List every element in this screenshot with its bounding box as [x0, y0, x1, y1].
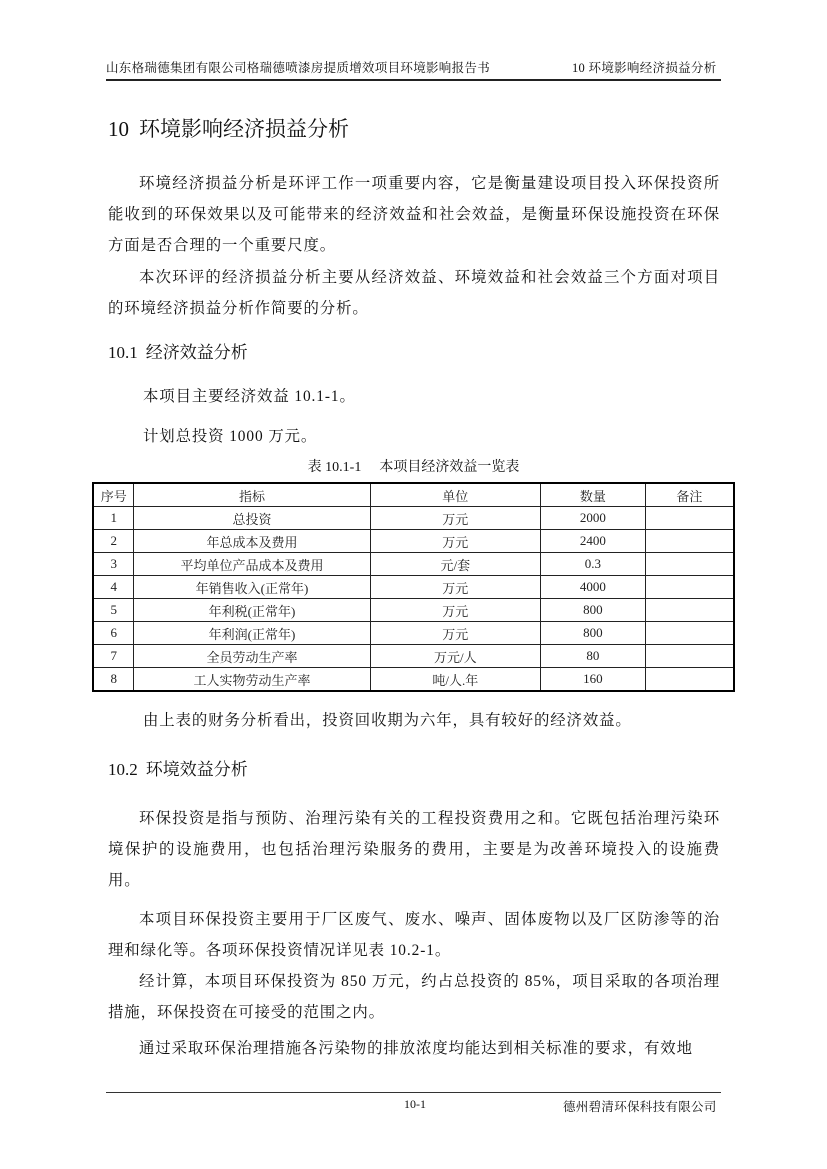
cell-index: 1	[93, 507, 134, 530]
table-row: 3 平均单位产品成本及费用 元/套 0.3	[93, 553, 734, 576]
cell-remark	[645, 645, 734, 668]
chapter-title: 环境影响经济损益分析	[139, 117, 349, 141]
cell-indicator: 全员劳动生产率	[134, 645, 370, 668]
section1-line-2: 计划总投资 1000 万元。	[143, 424, 317, 446]
cell-remark	[645, 507, 734, 530]
cell-unit: 万元	[370, 576, 540, 599]
table-row: 4 年销售收入(正常年) 万元 4000	[93, 576, 734, 599]
table-row: 2 年总成本及费用 万元 2400	[93, 530, 734, 553]
cell-quantity: 160	[541, 668, 646, 692]
section2-paragraph-4: 通过采取环保治理措施各污染物的排放浓度均能达到相关标准的要求，有效地	[108, 1033, 720, 1064]
cell-remark	[645, 553, 734, 576]
footer-company: 德州碧清环保科技有限公司	[563, 1097, 717, 1115]
table-row: 5 年利税(正常年) 万元 800	[93, 599, 734, 622]
header-divider	[106, 79, 721, 81]
cell-quantity: 800	[541, 599, 646, 622]
chapter-heading: 10环境影响经济损益分析	[108, 113, 349, 143]
intro-paragraph-2: 本次环评的经济损益分析主要从经济效益、环境效益和社会效益三个方面对项目的环境经济…	[108, 262, 720, 324]
cell-quantity: 2400	[541, 530, 646, 553]
cell-index: 4	[93, 576, 134, 599]
cell-quantity: 80	[541, 645, 646, 668]
cell-indicator: 年总成本及费用	[134, 530, 370, 553]
section-number: 10.1	[108, 343, 138, 362]
economic-benefit-table: 序号 指标 单位 数量 备注 1 总投资 万元 2000 2 年总成本及费用 万…	[92, 482, 735, 692]
footer-divider	[106, 1092, 721, 1093]
cell-quantity: 4000	[541, 576, 646, 599]
section2-paragraph-1: 环保投资是指与预防、治理污染有关的工程投资费用之和。它既包括治理污染环境保护的设…	[108, 803, 720, 897]
header-cell: 数量	[541, 483, 646, 507]
chapter-number: 10	[108, 117, 129, 141]
table-header-row: 序号 指标 单位 数量 备注	[93, 483, 734, 507]
cell-unit: 万元	[370, 507, 540, 530]
cell-index: 5	[93, 599, 134, 622]
cell-index: 8	[93, 668, 134, 692]
table-row: 1 总投资 万元 2000	[93, 507, 734, 530]
cell-index: 7	[93, 645, 134, 668]
table-title: 本项目经济效益一览表	[379, 459, 519, 475]
cell-indicator: 年利税(正常年)	[134, 599, 370, 622]
cell-index: 3	[93, 553, 134, 576]
cell-index: 6	[93, 622, 134, 645]
running-header-title: 山东格瑞德集团有限公司格瑞德喷漆房提质增效项目环境影响报告书	[106, 58, 490, 76]
cell-indicator: 总投资	[134, 507, 370, 530]
header-cell: 备注	[645, 483, 734, 507]
intro-paragraph-1: 环境经济损益分析是环评工作一项重要内容，它是衡量建设项目投入环保投资所能收到的环…	[108, 168, 720, 262]
section1-line-1: 本项目主要经济效益 10.1-1。	[143, 384, 356, 406]
cell-remark	[645, 668, 734, 692]
cell-remark	[645, 530, 734, 553]
table-row: 6 年利润(正常年) 万元 800	[93, 622, 734, 645]
cell-remark	[645, 576, 734, 599]
running-header-chapter: 10 环境影响经济损益分析	[572, 58, 717, 76]
page-number: 10-1	[404, 1097, 426, 1112]
cell-indicator: 年利润(正常年)	[134, 622, 370, 645]
section-number: 10.2	[108, 760, 138, 779]
cell-quantity: 800	[541, 622, 646, 645]
table-row: 7 全员劳动生产率 万元/人 80	[93, 645, 734, 668]
cell-unit: 吨/人.年	[370, 668, 540, 692]
section-heading-10-1: 10.1经济效益分析	[108, 338, 248, 363]
header-cell: 单位	[370, 483, 540, 507]
table-number: 表 10.1-1	[308, 460, 362, 475]
section1-conclusion: 由上表的财务分析看出，投资回收期为六年，具有较好的经济效益。	[143, 708, 632, 730]
cell-remark	[645, 622, 734, 645]
cell-indicator: 年销售收入(正常年)	[134, 576, 370, 599]
cell-unit: 万元	[370, 530, 540, 553]
cell-unit: 元/套	[370, 553, 540, 576]
cell-index: 2	[93, 530, 134, 553]
section2-paragraph-3: 经计算，本项目环保投资为 850 万元，约占总投资的 85%，项目采取的各项治理…	[108, 966, 720, 1028]
section-title: 经济效益分析	[146, 343, 248, 363]
cell-unit: 万元	[370, 599, 540, 622]
cell-indicator: 平均单位产品成本及费用	[134, 553, 370, 576]
table-caption: 表 10.1-1本项目经济效益一览表	[0, 456, 827, 476]
cell-quantity: 0.3	[541, 553, 646, 576]
cell-unit: 万元/人	[370, 645, 540, 668]
table-row: 8 工人实物劳动生产率 吨/人.年 160	[93, 668, 734, 692]
section-heading-10-2: 10.2环境效益分析	[108, 755, 248, 780]
header-cell: 指标	[134, 483, 370, 507]
section2-paragraph-2: 本项目环保投资主要用于厂区废气、废水、噪声、固体废物以及厂区防渗等的治理和绿化等…	[108, 904, 720, 966]
cell-unit: 万元	[370, 622, 540, 645]
section-title: 环境效益分析	[146, 760, 248, 780]
cell-remark	[645, 599, 734, 622]
header-cell: 序号	[93, 483, 134, 507]
cell-indicator: 工人实物劳动生产率	[134, 668, 370, 692]
cell-quantity: 2000	[541, 507, 646, 530]
